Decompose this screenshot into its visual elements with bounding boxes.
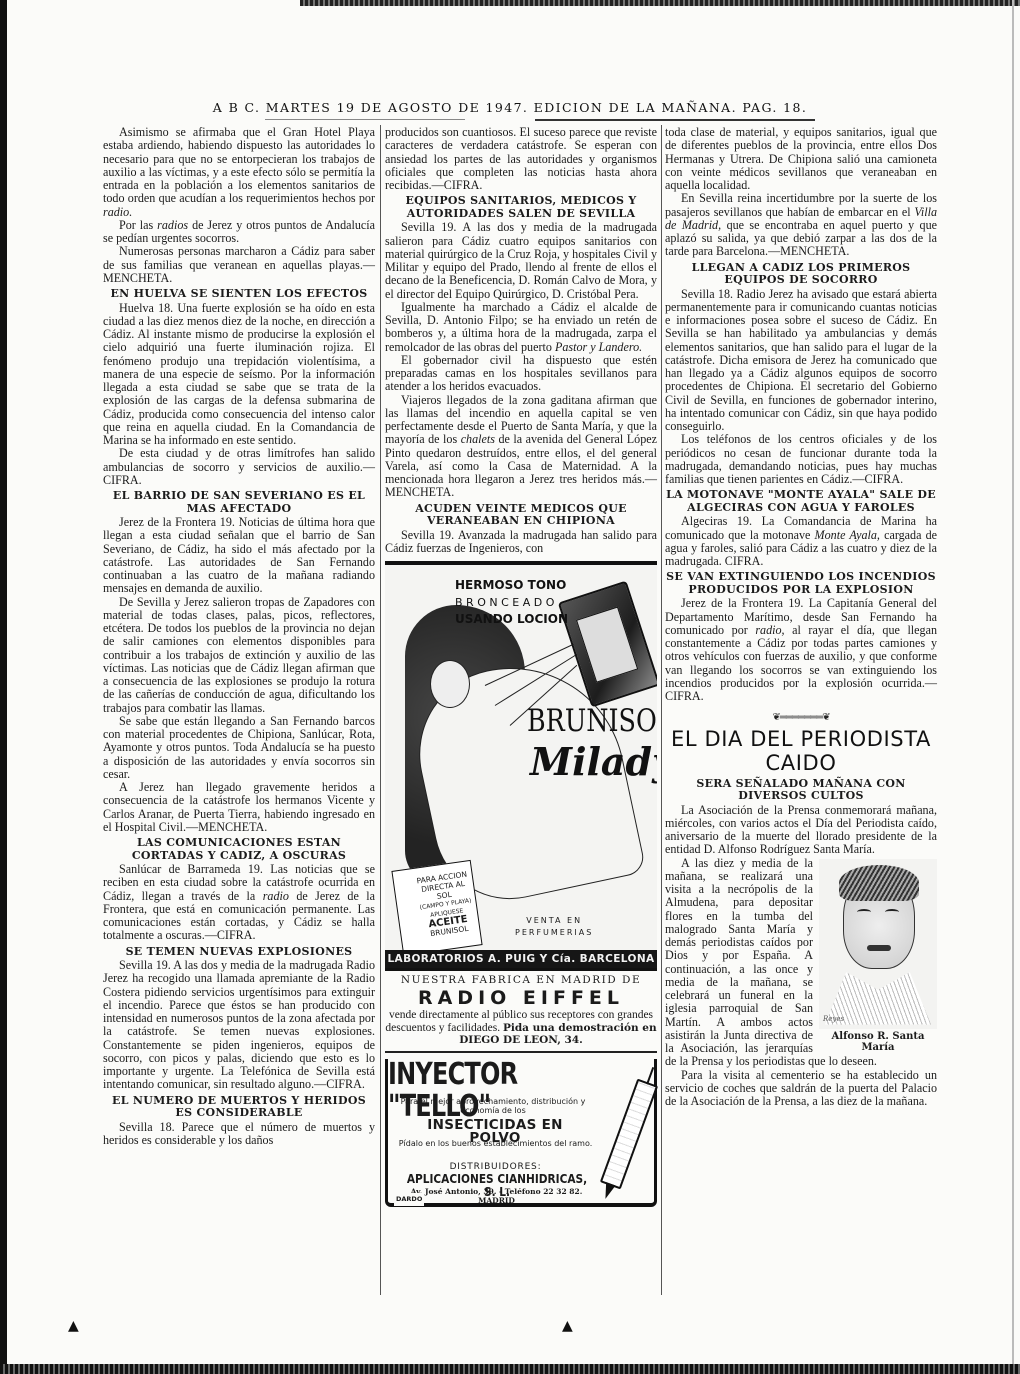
article-paragraph: Los teléfonos de los centros oficiales y… (665, 433, 937, 486)
headline-monte-ayala: LA MOTONAVE "MONTE AYALA" SALE DE ALGECI… (665, 489, 937, 514)
ad-footer: LABORATORIOS A. PUIG Y Cía. BARCELONA (385, 950, 657, 968)
headline-san-severiano: EL BARRIO DE SAN SEVERIANO ES EL MAS AFE… (103, 490, 375, 515)
syringe-icon (600, 1078, 658, 1189)
headline-equipos-sanitarios: EQUIPOS SANITARIOS, MEDICOS Y AUTORIDADE… (385, 195, 657, 220)
article-paragraph: A Jerez han llegado gravemente heridos a… (103, 781, 375, 834)
advertisement-inyector-tello: INYECTOR "TELLO" Para el mejor aprovecha… (385, 1059, 657, 1207)
column-divider-1 (380, 125, 381, 1295)
left-column: Asimismo se afirmaba que el Gran Hotel P… (103, 126, 375, 1147)
article-paragraph: Sevilla 19. Avanzada la madrugada han sa… (385, 529, 657, 556)
article-paragraph: Sanlúcar de Barrameda 19. Las noticias q… (103, 863, 375, 943)
portrait-illustration: Reyes (819, 859, 937, 1029)
article-paragraph: Sevilla 19. A las dos y media de la madr… (103, 959, 375, 1092)
article-paragraph: Por las radios de Jerez y otros puntos d… (103, 219, 375, 246)
ad-inset-aceite: PARA ACCION DIRECTA AL SOL (CAMPO Y PLAY… (391, 860, 482, 956)
article-paragraph: Se sabe que están llegando a San Fernand… (103, 715, 375, 781)
headline-comunicaciones: LAS COMUNICACIONES ESTAN CORTADAS Y CADI… (103, 837, 375, 862)
feature-title: EL DIA DEL PERIODISTA CAIDO (665, 727, 937, 775)
article-paragraph: Jerez de la Frontera 19. Noticias de últ… (103, 516, 375, 596)
print-mark: ▲ (68, 1318, 79, 1334)
column-divider-2 (661, 125, 662, 1295)
article-paragraph: De Sevilla y Jerez salieron tropas de Za… (103, 596, 375, 715)
article-paragraph: Sevilla 19. A las dos y media de la madr… (385, 221, 657, 301)
article-paragraph: La Asociación de la Prensa conmemorará m… (665, 804, 937, 857)
ad-brand: BRUNISOL (527, 715, 657, 728)
article-paragraph: producidos son cuantiosos. El suceso par… (385, 126, 657, 192)
headline-veinte-medicos: ACUDEN VEINTE MEDICOS QUE VERANEABAN EN … (385, 503, 657, 528)
headline-primeros-equipos: LLEGAN A CADIZ LOS PRIMEROS EQUIPOS DE S… (665, 262, 937, 287)
page-edge-top (300, 0, 1020, 6)
ad-tagline: HERMOSO TONO BRONCEADO USANDO LOCION (455, 577, 568, 628)
article-paragraph: Jerez de la Frontera 19. La Capitanía Ge… (665, 597, 937, 703)
ad-brand-script: Milady (530, 755, 657, 768)
article-paragraph: El gobernador civil ha dispuesto que est… (385, 354, 657, 394)
right-column: toda clase de material, y equipos sanita… (665, 126, 937, 1108)
article-paragraph: Viajeros llegados de la zona gaditana af… (385, 394, 657, 500)
ad-radio-brand: RADIO EIFFEL (385, 987, 657, 1009)
article-paragraph: Algeciras 19. La Comandancia de Marina h… (665, 515, 937, 568)
article-paragraph: Igualmente ha marchado a Cádiz el alcald… (385, 301, 657, 354)
page-edge-left (0, 0, 7, 1374)
masthead-rule-left (265, 119, 465, 120)
masthead-rule-right (535, 119, 815, 121)
headline-huelva: EN HUELVA SE SIENTEN LOS EFECTOS (103, 288, 375, 301)
article-paragraph: En Sevilla reina incertidumbre por la su… (665, 192, 937, 258)
print-mark: ▲ (562, 1318, 573, 1334)
page-edge-right (1012, 0, 1014, 1374)
portrait-figure: Reyes Alfonso R. Santa María (819, 859, 937, 1053)
headline-nuevas-explosiones: SE TEMEN NUEVAS EXPLOSIONES (103, 946, 375, 959)
portrait-caption: Alfonso R. Santa María (819, 1031, 937, 1053)
advertisement-radio-eiffel: NUESTRA FABRICA EN MADRID DE RADIO EIFFE… (385, 974, 657, 1053)
article-paragraph: Numerosas personas marcharon a Cádiz par… (103, 245, 375, 285)
article-paragraph: Asimismo se afirmaba que el Gran Hotel P… (103, 126, 375, 219)
article-paragraph: Para la visita al cementerio se ha estab… (665, 1069, 937, 1109)
masthead: A B C. MARTES 19 DE AGOSTO DE 1947. EDIC… (100, 100, 920, 115)
headline-muertos-heridos: EL NUMERO DE MUERTOS Y HERIDOS ES CONSID… (103, 1095, 375, 1120)
headline-extinguiendo: SE VAN EXTINGUIENDO LOS INCENDIOS PRODUC… (665, 571, 937, 596)
middle-column: producidos son cuantiosos. El suceso par… (385, 126, 657, 1207)
page-edge-bottom (0, 1364, 1020, 1374)
ad-illustration-head (430, 660, 470, 708)
article-paragraph: De esta ciudad y de otras limítrofes han… (103, 447, 375, 487)
ad-venta: VENTA EN PERFUMERIAS (515, 915, 593, 939)
article-paragraph: Sevilla 18. Parece que el número de muer… (103, 1121, 375, 1148)
feature-subtitle: SERA SEÑALADO MAÑANA CON DIVERSOS CULTOS (665, 778, 937, 803)
ornament-divider-icon: ❦═══════❦ (665, 711, 937, 724)
article-paragraph: toda clase de material, y equipos sanita… (665, 126, 937, 192)
article-paragraph: Huelva 18. Una fuerte explosión se ha oí… (103, 302, 375, 448)
advertisement-brunisol: HERMOSO TONO BRONCEADO USANDO LOCION BRU… (385, 561, 657, 971)
article-paragraph: Sevilla 18. Radio Jerez ha avisado que e… (665, 288, 937, 434)
